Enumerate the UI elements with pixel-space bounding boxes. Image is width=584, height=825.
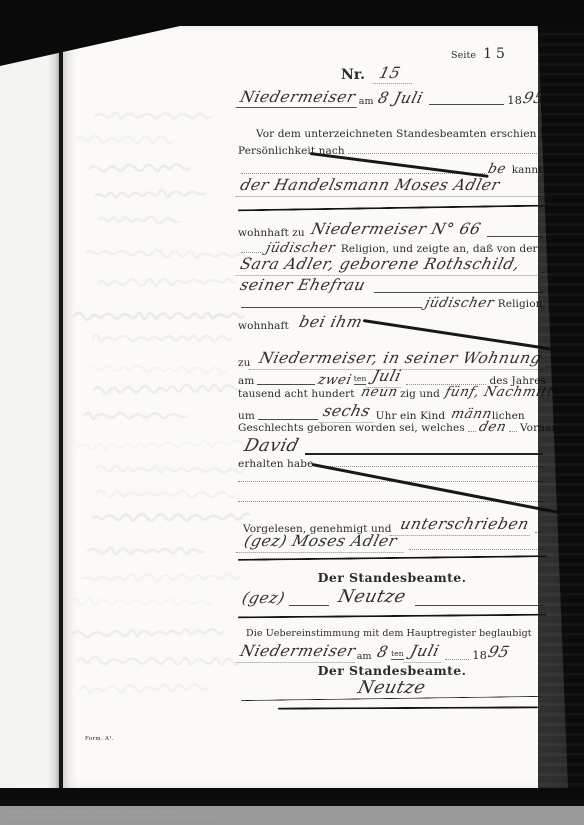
- certification-month: Juli: [403, 644, 444, 663]
- vornamen-line: Geschlechts geboren worden sei, welches …: [238, 421, 546, 435]
- article-hand: den: [477, 421, 508, 435]
- birthyear-line: tausend acht hundert neun zig und fünf, …: [238, 386, 546, 401]
- scanned-register-page: Seite 15 Nr. 15 Niedermeiser am 8 Juli 1…: [0, 0, 584, 825]
- religion-line-1: jüdischer Religion, und zeigte an, daß v…: [238, 242, 546, 256]
- child-name: David: [236, 438, 305, 458]
- page-number-block: Seite 15: [451, 46, 551, 62]
- religion-line-2: jüdischer Religion,: [238, 297, 546, 311]
- certification-year-hand: 95: [485, 645, 513, 663]
- crossout-rule-1: [238, 205, 546, 212]
- declarant-signature: (gez) Moses Adler: [236, 534, 409, 553]
- dateline-place: Niedermeiser: [236, 90, 361, 108]
- intro-line-2: Persönlichkeit nach: [238, 145, 546, 157]
- adjacent-page-edge: [0, 26, 60, 788]
- registrar-heading-2: Der Standesbeamte.: [238, 664, 546, 678]
- separator-rule-4: [278, 706, 538, 709]
- year-printed-1: tausend acht hundert: [238, 388, 355, 400]
- form-reference: Form. A¹.: [85, 736, 145, 742]
- archive-microtext-line-1: ········································…: [8, 809, 177, 814]
- scan-bottom-border: [0, 788, 584, 806]
- residence-2-label: wohnhaft: [238, 320, 289, 332]
- residence-2-value: bei ihm: [287, 315, 368, 333]
- certification-place: Niedermeiser: [236, 644, 359, 663]
- record-number-value: 15: [373, 66, 416, 84]
- born-printed: Geschlechts geboren worden sei, welches: [238, 422, 465, 434]
- residence-line: wohnhaft zu Niedermeiser N° 66: [238, 222, 546, 240]
- header-dateline: Niedermeiser am 8 Juli 18 95: [238, 90, 546, 108]
- certification-ten: ten: [391, 650, 404, 660]
- separator-rule-2: [238, 555, 546, 561]
- registrar-heading-1: Der Standesbeamte.: [238, 571, 546, 585]
- closing-hand: unterschrieben: [389, 517, 534, 536]
- received-printed: erhalten habe: [238, 458, 313, 470]
- relation-line: seiner Ehefrau: [238, 278, 546, 296]
- registrar-signature-line-1: (gez) Neutze: [238, 589, 546, 609]
- registrar-signature-1: Neutze: [330, 589, 414, 609]
- intro-text-1: Vor dem unterzeichneten Standesbeamten e…: [238, 128, 584, 140]
- dateline-date: 8 Juli: [372, 91, 429, 108]
- register-form-page: Seite 15 Nr. 15 Niedermeiser am 8 Juli 1…: [63, 26, 568, 788]
- known-hand: be: [486, 163, 507, 177]
- registrar-title-2: Der Standesbeamte.: [318, 664, 467, 678]
- religion-2-hand: jüdischer: [423, 297, 495, 311]
- birth-hour: sechs: [319, 404, 378, 423]
- intro-line-1: Vor dem unterzeichneten Standesbeamten e…: [238, 128, 546, 140]
- archive-microtext-line-2: ········································…: [8, 815, 220, 820]
- declarant-line: der Handelsmann Moses Adler: [238, 178, 546, 197]
- childname-line: David: [238, 438, 546, 458]
- book-spine-line: [59, 26, 63, 788]
- registrar-title-1: Der Standesbeamte.: [318, 571, 467, 585]
- mother-name: Sara Adler, geborene Rothschild,: [236, 257, 542, 276]
- book-page-edges: [538, 26, 584, 788]
- religion-1-hand: jüdischer: [264, 242, 336, 256]
- archive-watermark-strip: ········································…: [0, 806, 584, 825]
- residence-label: wohnhaft zu: [238, 227, 305, 239]
- certification-day: 8: [369, 645, 391, 663]
- record-number-block: Nr. 15: [341, 66, 461, 84]
- record-number-label: Nr.: [341, 67, 365, 83]
- certification-dateline: Niedermeiser am 8 ten Juli 18 95: [238, 644, 546, 663]
- separator-rule-3: [238, 614, 546, 619]
- page-label: Seite: [451, 51, 476, 62]
- year-printed-2: zig und: [400, 388, 440, 400]
- form-content: Seite 15 Nr. 15 Niedermeiser am 8 Juli 1…: [63, 26, 568, 788]
- declarant-name: der Handelsmann Moses Adler: [236, 178, 549, 197]
- gez-hand: (gez): [236, 591, 289, 609]
- crossout-stroke-3: [312, 463, 562, 514]
- registrar-signature-2: Neutze: [356, 680, 428, 698]
- erhalten-line: erhalten habe: [238, 458, 546, 470]
- registrar-signature-line-2: Neutze: [238, 680, 546, 698]
- residence-value: Niedermeiser N° 66: [303, 222, 487, 240]
- declarant-signature-line: (gez) Moses Adler: [238, 534, 546, 553]
- form-reference-text: Form. A¹.: [85, 736, 114, 742]
- certification-line: Die Uebereinstimmung mit dem Hauptregist…: [238, 629, 546, 640]
- certification-text: Die Uebereinstimmung mit dem Hauptregist…: [246, 629, 532, 640]
- relation-value: seiner Ehefrau: [236, 278, 373, 296]
- year-hand-1: neun: [353, 386, 402, 401]
- religion-1-printed: Religion, und zeigte an, daß von der: [341, 243, 538, 255]
- mother-line: Sara Adler, geborene Rothschild,: [238, 257, 546, 276]
- page-number: 15: [483, 46, 509, 62]
